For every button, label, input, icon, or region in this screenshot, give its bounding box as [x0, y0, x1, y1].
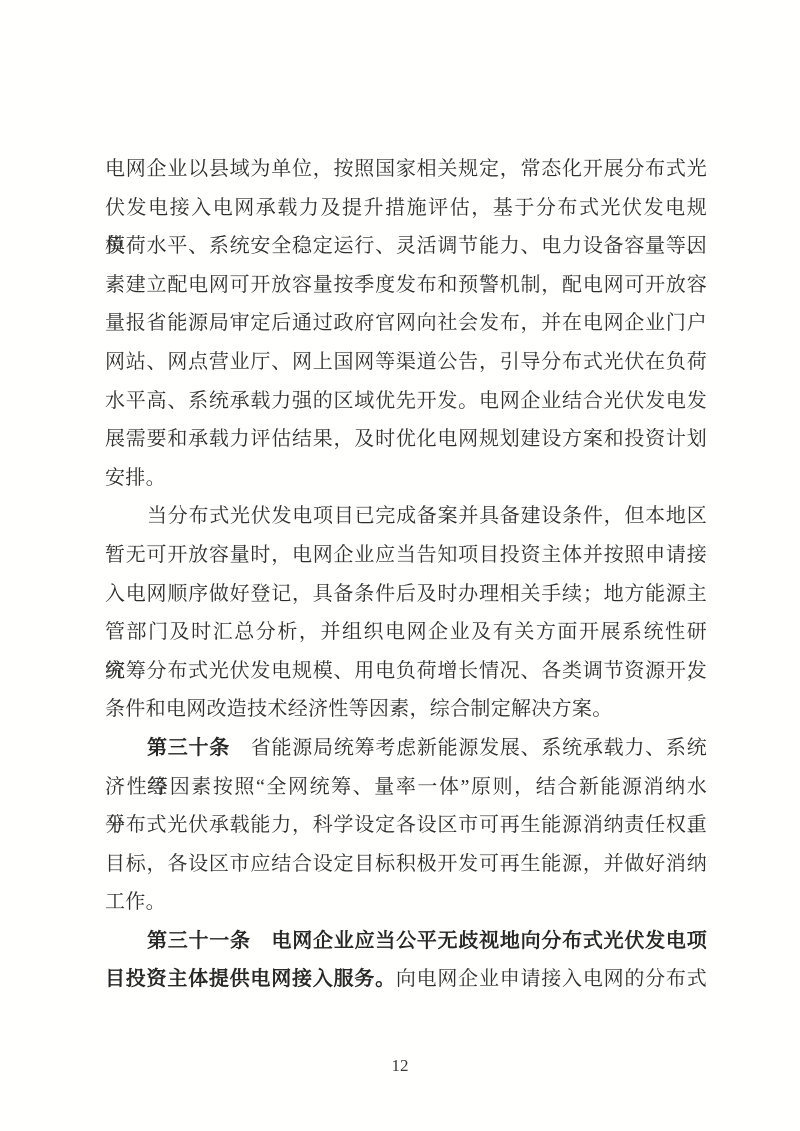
text-line: 负荷水平、系统安全稳定运行、灵活调节能力、电力设备容量等因 — [105, 227, 707, 266]
body-text: 向电网企业申请接入电网的分布式 — [396, 968, 707, 990]
text-line: 量报省能源局审定后通过政府官网向社会发布，并在电网企业门户 — [105, 304, 707, 343]
body-text: 当分布式光伏发电项目已完成备案并具备建设条件，但本地区 — [147, 505, 707, 527]
body-text: 量报省能源局审定后通过政府官网向社会发布，并在电网企业门户 — [105, 312, 707, 334]
body-text: 目标，各设区市应结合设定目标积极开发可再生能源，并做好消纳 — [105, 853, 707, 875]
body-text: 条件和电网改造技术经济性等因素，综合制定解决方案。 — [105, 698, 613, 720]
text-line: 管部门及时汇总分析，并组织电网企业及有关方面开展系统性研究， — [105, 613, 707, 652]
text-line: 素建立配电网可开放容量按季度发布和预警机制，配电网可开放容 — [105, 266, 707, 305]
text-line: 暂无可开放容量时，电网企业应当告知项目投资主体并按照申请接 — [105, 536, 707, 575]
body-text: 暂无可开放容量时，电网企业应当告知项目投资主体并按照申请接 — [105, 544, 707, 566]
body-text: 分布式光伏承载能力，科学设定各设区市可再生能源消纳责任权重 — [105, 814, 707, 836]
body-text: 素建立配电网可开放容量按季度发布和预警机制，配电网可开放容 — [105, 274, 707, 296]
text-line: 统筹分布式光伏发电规模、用电负荷增长情况、各类调节资源开发 — [105, 652, 707, 691]
text-line: 分布式光伏承载能力，科学设定各设区市可再生能源消纳责任权重 — [105, 806, 707, 845]
body-text: 电网企业以县域为单位，按照国家相关规定，常态化开展分布式光 — [105, 158, 707, 180]
document-page: 电网企业以县域为单位，按照国家相关规定，常态化开展分布式光 伏发电接入电网承载力… — [0, 0, 800, 1131]
body-text: 水平高、系统承载力强的区域优先开发。电网企业结合光伏发电发 — [105, 390, 707, 412]
text-line: 当分布式光伏发电项目已完成备案并具备建设条件，但本地区 — [105, 497, 707, 536]
text-line-article-31: 第三十一条 电网企业应当公平无歧视地向分布式光伏发电项 — [105, 922, 707, 961]
article-number-bold: 第三十条 — [147, 737, 230, 759]
text-line: 目标，各设区市应结合设定目标积极开发可再生能源，并做好消纳 — [105, 845, 707, 884]
text-line: 展需要和承载力评估结果，及时优化电网规划建设方案和投资计划 — [105, 420, 707, 459]
text-line: 电网企业以县域为单位，按照国家相关规定，常态化开展分布式光 — [105, 150, 707, 189]
text-line: 网站、网点营业厅、网上国网等渠道公告，引导分布式光伏在负荷 — [105, 343, 707, 382]
page-number: 12 — [0, 1056, 800, 1076]
document-body: 电网企业以县域为单位，按照国家相关规定，常态化开展分布式光 伏发电接入电网承载力… — [105, 150, 707, 999]
text-line: 伏发电接入电网承载力及提升措施评估，基于分布式光伏发电规模、 — [105, 189, 707, 228]
text-line: 水平高、系统承载力强的区域优先开发。电网企业结合光伏发电发 — [105, 382, 707, 421]
text-line: 工作。 — [105, 883, 707, 922]
text-line-article-30: 第三十条 省能源局统筹考虑新能源发展、系统承载力、系统经 — [105, 729, 707, 768]
text-line: 入电网顺序做好登记，具备条件后及时办理相关手续；地方能源主 — [105, 575, 707, 614]
text-line: 目投资主体提供电网接入服务。向电网企业申请接入电网的分布式 — [105, 960, 707, 999]
bold-text: 目投资主体提供电网接入服务。 — [105, 968, 396, 990]
body-text: 统筹分布式光伏发电规模、用电负荷增长情况、各类调节资源开发 — [105, 660, 707, 682]
text-line: 条件和电网改造技术经济性等因素，综合制定解决方案。 — [105, 690, 707, 729]
body-text: 展需要和承载力评估结果，及时优化电网规划建设方案和投资计划 — [105, 428, 707, 450]
body-text: 负荷水平、系统安全稳定运行、灵活调节能力、电力设备容量等因 — [105, 235, 707, 257]
article-number-bold: 第三十一条 电网企业应当公平无歧视地向分布式光伏发电项 — [147, 930, 707, 952]
body-text: 入电网顺序做好登记，具备条件后及时办理相关手续；地方能源主 — [105, 583, 707, 605]
text-line: 安排。 — [105, 459, 707, 498]
body-text: 网站、网点营业厅、网上国网等渠道公告，引导分布式光伏在负荷 — [105, 351, 707, 373]
body-text: 工作。 — [105, 891, 166, 913]
body-text: 安排。 — [105, 467, 166, 489]
text-line: 济性等因素按照“全网统筹、量率一体”原则，结合新能源消纳水平、 — [105, 768, 707, 807]
